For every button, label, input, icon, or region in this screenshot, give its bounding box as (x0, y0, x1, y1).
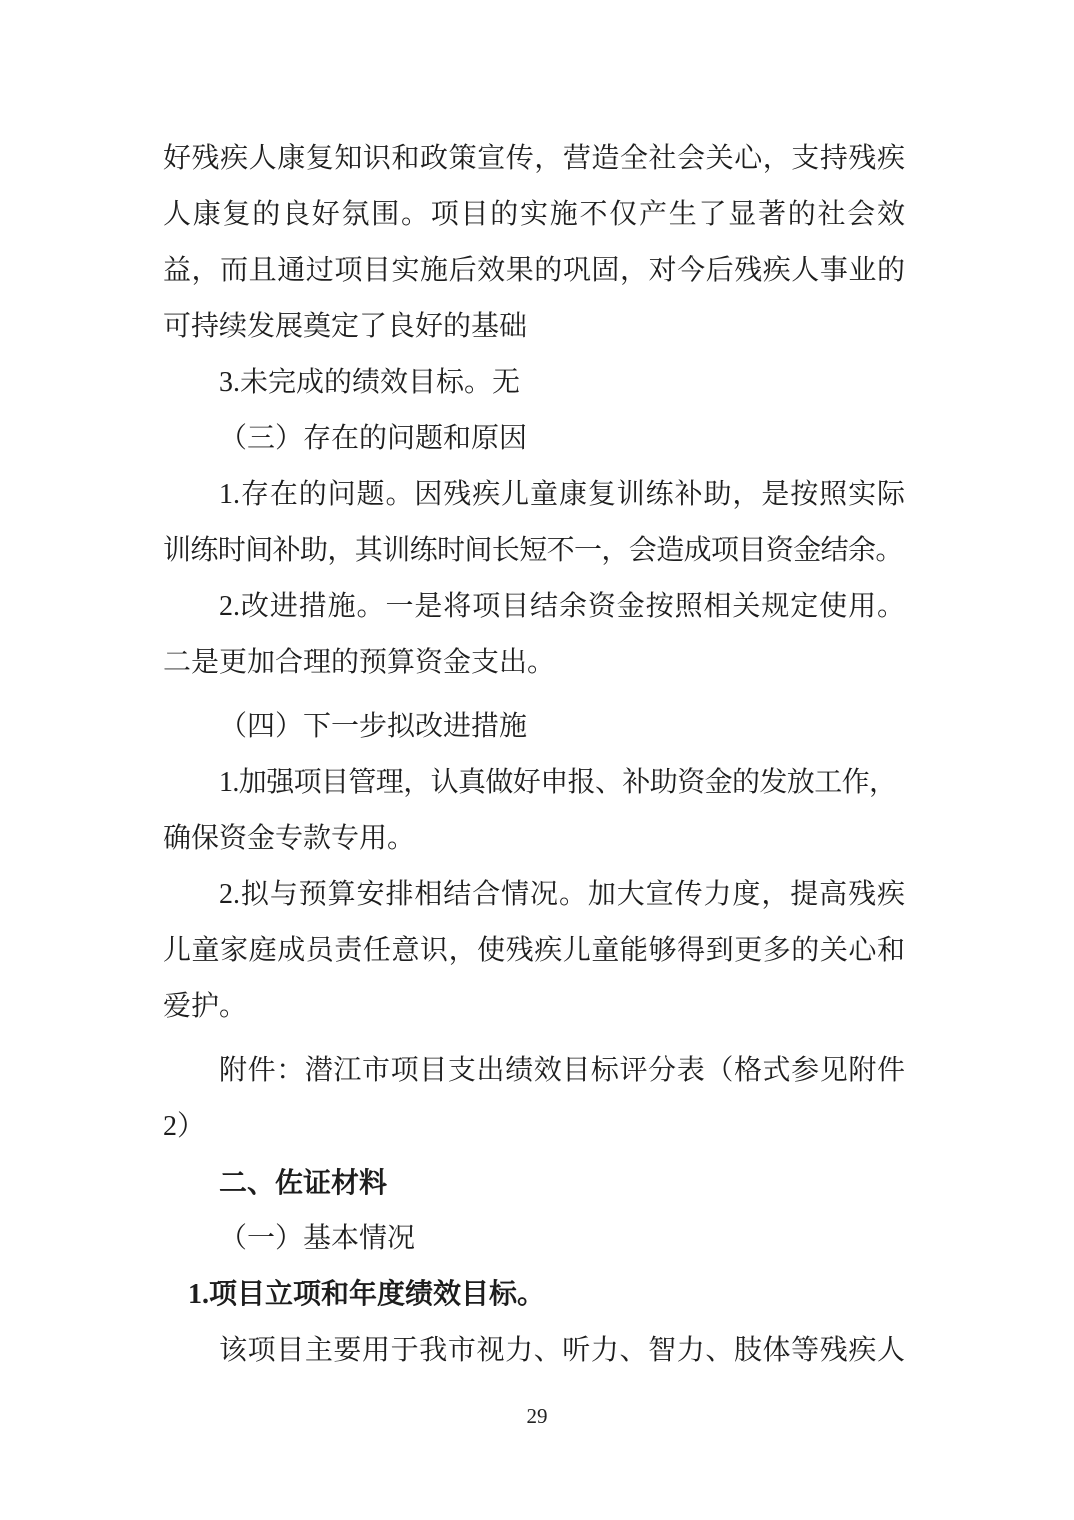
heading-evidence-materials: 二、佐证材料 (163, 1155, 905, 1211)
body-line-social-benefit: 益，而且通过项目实施后效果的巩固，对今后残疾人事业的 (163, 243, 905, 299)
attachment-note-1: 附件：潜江市项目支出绩效目标评分表（格式参见附件 (163, 1043, 905, 1099)
body-line-project-purpose: 该项目主要用于我市视力、听力、智力、肢体等残疾人 (163, 1323, 905, 1379)
attachment-note-2: 2） (163, 1099, 905, 1155)
item-next-step-1b: 确保资金专款专用。 (163, 811, 905, 867)
body-line-social-publicity-2: 人康复的良好氛围。项目的实施不仅产生了显著的社会效 (163, 187, 905, 243)
item-improvement-measure-1: 2.改进措施。一是将项目结余资金按照相关规定使用。 (163, 579, 905, 635)
item-next-step-1a: 1.加强项目管理，认真做好申报、补助资金的发放工作， (163, 755, 905, 811)
item-next-step-2a: 2.拟与预算安排相结合情况。加大宣传力度，提高残疾 (163, 867, 905, 923)
item-improvement-measure-2: 二是更加合理的预算资金支出。 (163, 635, 905, 691)
item-existing-problem-2: 训练时间补助，其训练时间长短不一，会造成项目资金结余。 (163, 523, 905, 579)
item-next-step-2c: 爱护。 (163, 979, 905, 1035)
document-body: 好残疾人康复知识和政策宣传，营造全社会关心，支持残疾 人康复的良好氛围。项目的实… (163, 131, 905, 1379)
subheading-basic-situation: （一）基本情况 (163, 1211, 905, 1267)
item-unfinished-goals: 3.未完成的绩效目标。无 (163, 355, 905, 411)
body-line-social-publicity-1: 好残疾人康复知识和政策宣传，营造全社会关心，支持残疾 (163, 131, 905, 187)
subheading-problems-causes: （三）存在的问题和原因 (163, 411, 905, 467)
item-next-step-2b: 儿童家庭成员责任意识，使残疾儿童能够得到更多的关心和 (163, 923, 905, 979)
item-existing-problem-1: 1.存在的问题。因残疾儿童康复训练补助，是按照实际 (163, 467, 905, 523)
body-line-sustainable-basis: 可持续发展奠定了良好的基础 (163, 299, 905, 355)
page-number: 29 (0, 1404, 1074, 1429)
subheading-next-steps: （四）下一步拟改进措施 (163, 699, 905, 755)
heading-project-approval-goals: 1.项目立项和年度绩效目标。 (163, 1267, 905, 1323)
document-page: 好残疾人康复知识和政策宣传，营造全社会关心，支持残疾 人康复的良好氛围。项目的实… (0, 0, 1074, 1520)
